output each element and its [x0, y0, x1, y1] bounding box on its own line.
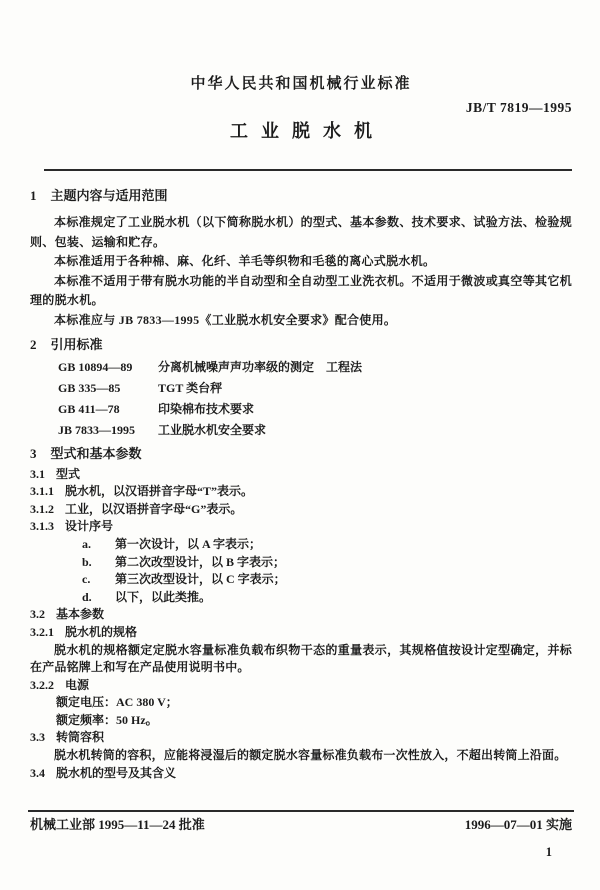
standard-ref-code: GB 10894—89: [58, 357, 158, 378]
document-title: 工业脱水机: [30, 121, 572, 141]
clause-title: 转筒容积: [56, 730, 104, 744]
section-3-body: 3.1型式 3.1.1脱水机，以汉语拼音字母“T”表示。 3.1.2工业，以汉语…: [30, 466, 572, 783]
clause-title: 基本参数: [56, 607, 104, 621]
footer-rule: [28, 810, 574, 812]
standard-ref-name: 工业脱水机安全要求: [158, 423, 266, 437]
clause-title: 型式: [56, 467, 80, 481]
implementation-note: 1996—07—01 实施: [465, 817, 572, 833]
list-item-label: b.: [82, 554, 115, 572]
clause-title: 电源: [65, 678, 89, 692]
clause-3-1: 3.1型式: [30, 466, 572, 484]
referenced-standards-list: GB 10894—89分离机械噪声声功率级的测定 工程法 GB 335—85TG…: [30, 357, 572, 441]
clause-3-3-paragraph: 脱水机转筒的容积，应能将浸湿后的额定脱水容量标准负载布一次性放入，不超出转筒上沿…: [30, 747, 572, 765]
scope-paragraph: 本标准适用于各种棉、麻、化纤、羊毛等织物和毛毯的离心式脱水机。: [30, 252, 572, 272]
clause-number: 3.2.1: [30, 625, 54, 639]
referenced-standard-row: JB 7833—1995工业脱水机安全要求: [58, 420, 572, 441]
design-series-item: a.第一次设计，以 A 字表示；: [30, 536, 572, 554]
section-2-heading: 2引用标准: [30, 337, 572, 352]
clause-3-1-2: 3.1.2工业，以汉语拼音字母“G”表示。: [30, 501, 572, 519]
list-item-label: d.: [82, 589, 115, 607]
rated-frequency-line: 额定频率：50 Hz。: [30, 712, 572, 730]
clause-text: 工业，以汉语拼音字母“G”表示。: [65, 502, 242, 516]
clause-number: 3.3: [30, 730, 45, 744]
page-number: 1: [546, 845, 552, 859]
standard-class-heading: 中华人民共和国机械行业标准: [30, 76, 572, 92]
standard-ref-code: GB 411—78: [58, 399, 158, 420]
list-item-text: 第一次设计，以 A 字表示；: [115, 537, 261, 551]
section-3-number: 3: [30, 446, 37, 461]
standard-ref-code: JB 7833—1995: [58, 420, 158, 441]
section-1-number: 1: [30, 188, 37, 203]
clause-number: 3.1.3: [30, 519, 54, 533]
section-1-heading: 1主题内容与适用范围: [30, 188, 572, 203]
clause-title: 脱水机的规格: [65, 625, 137, 639]
design-series-item: c.第三次改型设计，以 C 字表示；: [30, 571, 572, 589]
section-2-title: 引用标准: [51, 337, 103, 352]
standard-ref-name: 分离机械噪声声功率级的测定 工程法: [158, 360, 362, 374]
clause-3-3: 3.3转筒容积: [30, 729, 572, 747]
clause-3-2: 3.2基本参数: [30, 606, 572, 624]
clause-3-4: 3.4脱水机的型号及其含义: [30, 765, 572, 783]
section-1-title: 主题内容与适用范围: [51, 188, 168, 203]
header-rule: [44, 169, 572, 171]
design-series-item: b.第二次改型设计，以 B 字表示；: [30, 554, 572, 572]
referenced-standard-row: GB 10894—89分离机械噪声声功率级的测定 工程法: [58, 357, 572, 378]
standard-code: JB/T 7819—1995: [30, 101, 572, 115]
clause-3-2-1: 3.2.1脱水机的规格: [30, 624, 572, 642]
clause-3-1-1: 3.1.1脱水机，以汉语拼音字母“T”表示。: [30, 483, 572, 501]
section-2-number: 2: [30, 337, 37, 352]
list-item-label: a.: [82, 536, 115, 554]
section-3-heading: 3型式和基本参数: [30, 446, 572, 461]
referenced-standard-row: GB 335—85TGT 类台秤: [58, 378, 572, 399]
standard-ref-code: GB 335—85: [58, 378, 158, 399]
referenced-standard-row: GB 411—78印染棉布技术要求: [58, 399, 572, 420]
scope-paragraph: 本标准规定了工业脱水机（以下简称脱水机）的型式、基本参数、技术要求、试验方法、检…: [30, 213, 572, 252]
clause-title: 设计序号: [65, 519, 113, 533]
list-item-text: 第三次改型设计，以 C 字表示；: [115, 572, 286, 586]
clause-number: 3.4: [30, 766, 45, 780]
rated-voltage-line: 额定电压：AC 380 V；: [30, 694, 572, 712]
standard-ref-name: 印染棉布技术要求: [158, 402, 254, 416]
section-1-body: 本标准规定了工业脱水机（以下简称脱水机）的型式、基本参数、技术要求、试验方法、检…: [30, 213, 572, 331]
standard-ref-name: TGT 类台秤: [158, 381, 222, 395]
document-page: 中华人民共和国机械行业标准 JB/T 7819—1995 工业脱水机 1主题内容…: [0, 0, 600, 890]
scope-paragraph: 本标准应与 JB 7833—1995《工业脱水机安全要求》配合使用。: [30, 311, 572, 331]
clause-number: 3.1.1: [30, 484, 54, 498]
clause-3-2-1-paragraph: 脱水机的规格额定定脱水容量标准负载布织物干态的重量表示，其规格值按设计定型确定，…: [30, 642, 572, 677]
clause-3-1-3: 3.1.3设计序号: [30, 518, 572, 536]
footer: 机械工业部 1995—11—24 批准 1996—07—01 实施: [30, 817, 572, 833]
list-item-text: 第二次改型设计，以 B 字表示；: [115, 555, 285, 569]
clause-3-2-2: 3.2.2电源: [30, 677, 572, 695]
scope-paragraph: 本标准不适用于带有脱水功能的半自动型和全自动型工业洗衣机。不适用于微波或真空等其…: [30, 272, 572, 311]
clause-title: 脱水机的型号及其含义: [56, 766, 176, 780]
approval-note: 机械工业部 1995—11—24 批准: [30, 817, 205, 833]
design-series-item: d.以下，以此类推。: [30, 589, 572, 607]
clause-number: 3.2: [30, 607, 45, 621]
list-item-label: c.: [82, 571, 115, 589]
clause-number: 3.1.2: [30, 502, 54, 516]
section-3-title: 型式和基本参数: [51, 446, 142, 461]
clause-number: 3.1: [30, 467, 45, 481]
clause-number: 3.2.2: [30, 678, 54, 692]
list-item-text: 以下，以此类推。: [115, 590, 211, 604]
document-content: 中华人民共和国机械行业标准 JB/T 7819—1995 工业脱水机 1主题内容…: [0, 0, 600, 782]
clause-text: 脱水机，以汉语拼音字母“T”表示。: [65, 484, 253, 498]
